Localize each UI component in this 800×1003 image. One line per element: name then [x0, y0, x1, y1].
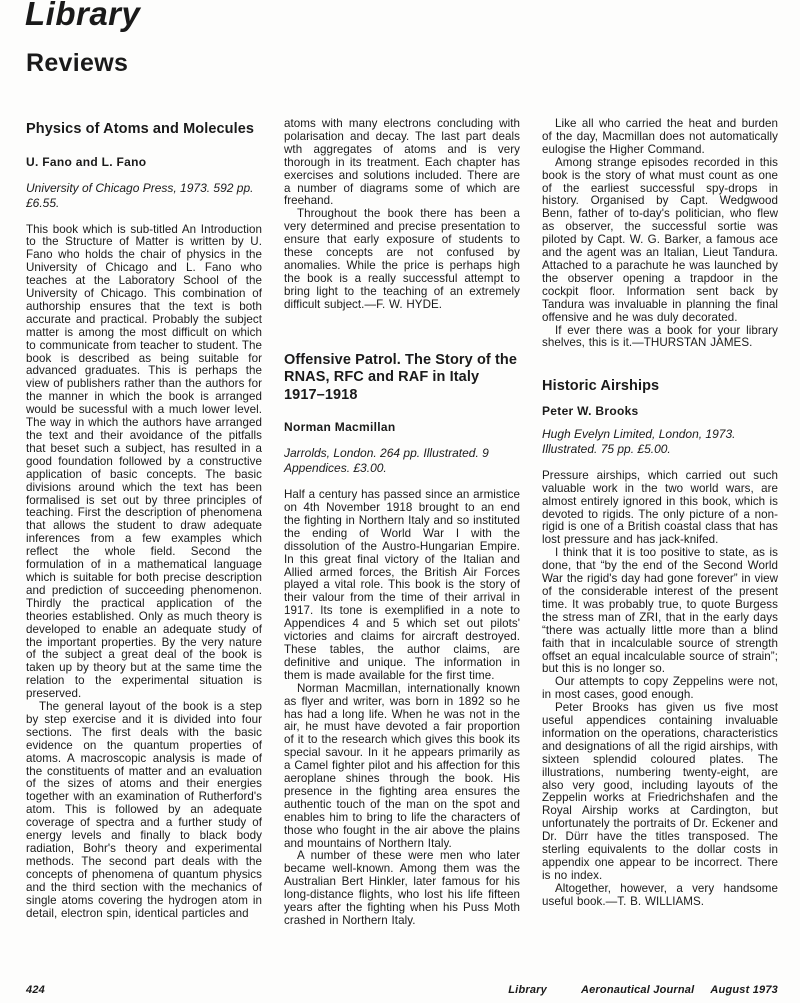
review-paragraph: Throughout the book there has been a ver… [284, 208, 520, 311]
footer-issue-date: August 1973 [710, 984, 778, 996]
review-imprint-offensive-patrol: Jarrolds, London. 264 pp. Illustrated. 9… [284, 446, 520, 476]
review-paragraph: Pressure airships, which carried out suc… [542, 470, 778, 547]
review-imprint-physics: University of Chicago Press, 1973. 592 p… [26, 181, 262, 211]
footer-journal-info: Library Aeronautical Journal August 1973 [508, 984, 778, 996]
review-paragraph: The general layout of the book is a step… [26, 701, 262, 920]
column-middle: atoms with many electrons concluding wit… [284, 118, 520, 928]
review-title-offensive-patrol: Offensive Patrol. The Story of the RNAS,… [284, 352, 520, 405]
review-paragraph: Peter Brooks has given us five most usef… [542, 702, 778, 883]
review-author-offensive-patrol: Norman Macmillan [284, 420, 520, 434]
page-title: Library [25, 0, 140, 31]
journal-page: Library Reviews Physics of Atoms and Mol… [0, 0, 800, 1003]
review-author-physics: U. Fano and L. Fano [26, 155, 262, 169]
review-paragraph: This book which is sub-titled An Introdu… [26, 224, 262, 702]
footer-section-name: Library [508, 984, 547, 996]
column-right: Like all who carried the heat and burden… [542, 118, 778, 909]
column-left: Physics of Atoms and Molecules U. Fano a… [26, 118, 262, 920]
review-paragraph-continuation: atoms with many electrons concluding wit… [284, 118, 520, 208]
review-title-historic-airships: Historic Airships [542, 378, 778, 396]
review-paragraph: A number of these were men who later bec… [284, 850, 520, 927]
review-paragraph: Norman Macmillan, internationally known … [284, 683, 520, 851]
review-paragraph: Our attempts to copy Zeppelins were not,… [542, 676, 778, 702]
footer-journal-name: Aeronautical Journal [581, 984, 694, 996]
review-imprint-historic-airships: Hugh Evelyn Limited, London, 1973. Illus… [542, 427, 778, 457]
section-heading: Reviews [26, 50, 128, 76]
review-paragraph: Among strange episodes recorded in this … [542, 157, 778, 325]
review-paragraph: I think that it is too positive to state… [542, 547, 778, 676]
review-paragraph: Half a century has passed since an armis… [284, 489, 520, 683]
review-title-physics: Physics of Atoms and Molecules [26, 121, 262, 139]
page-footer: 424 Library Aeronautical Journal August … [26, 984, 778, 996]
review-paragraph: If ever there was a book for your librar… [542, 325, 778, 351]
review-paragraph: Like all who carried the heat and burden… [542, 118, 778, 157]
page-number: 424 [26, 984, 45, 996]
review-author-historic-airships: Peter W. Brooks [542, 404, 778, 418]
review-paragraph: Altogether, however, a very handsome use… [542, 883, 778, 909]
